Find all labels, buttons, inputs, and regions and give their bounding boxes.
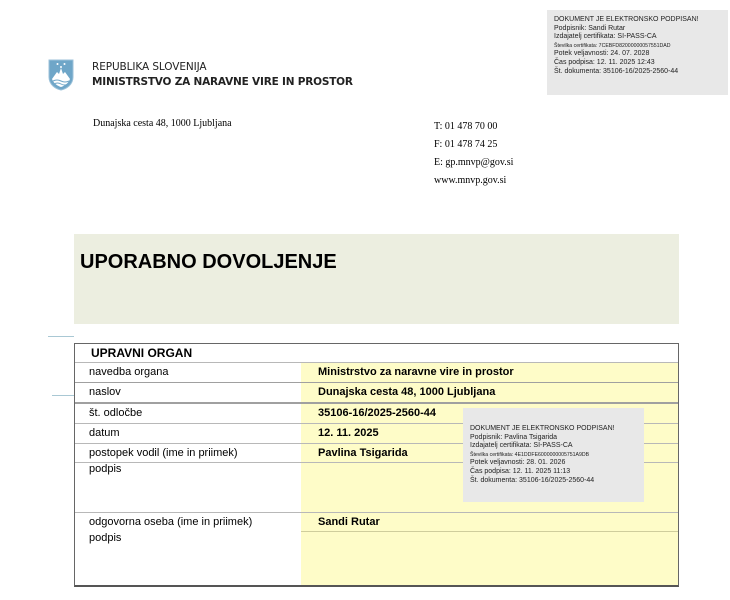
ministry-name: MINISTRSTVO ZA NARAVNE VIRE IN PROSTOR <box>92 76 353 88</box>
fax: F: 01 478 74 25 <box>434 136 513 154</box>
row-value: 12. 11. 2025 <box>318 427 379 439</box>
row-label: navedba organa <box>89 366 169 378</box>
contact-block: T: 01 478 70 00 F: 01 478 74 25 E: gp.mn… <box>434 118 513 190</box>
table-heading: UPRAVNI ORGAN <box>91 346 192 360</box>
row-label: št. odločbe <box>89 407 142 419</box>
sig-line: Izdajatelj certifikata: SI-PASS-CA <box>554 33 728 42</box>
sig-line: Čas podpisa: 12. 11. 2025 12:43 <box>554 59 728 68</box>
sig-line: Podpisnik: Pavlina Tsigarida <box>470 434 644 443</box>
row-value: Sandi Rutar <box>318 516 380 528</box>
table-row: naslov Dunajska cesta 48, 1000 Ljubljana <box>75 383 678 401</box>
title-box: UPORABNO DOVOLJENJE <box>74 234 679 324</box>
row-value: Dunajska cesta 48, 1000 Ljubljana <box>318 386 495 398</box>
coat-of-arms-icon <box>48 59 74 91</box>
row-label: podpis <box>89 463 121 475</box>
document-title: UPORABNO DOVOLJENJE <box>80 251 337 274</box>
sig-line: Številka certifikata: 4E1DDFE60000000057… <box>470 451 644 460</box>
decorative-line <box>52 395 74 396</box>
decorative-line <box>48 336 74 337</box>
ministry-address: Dunajska cesta 48, 1000 Ljubljana <box>93 118 232 129</box>
sig-line: Št. dokumenta: 35106-16/2025-2560-44 <box>554 68 728 77</box>
signature-stamp-top: DOKUMENT JE ELEKTRONSKO PODPISAN! Podpis… <box>547 10 728 95</box>
website: www.mnvp.gov.si <box>434 172 513 190</box>
sig-line: Št. dokumenta: 35106-16/2025-2560-44 <box>470 477 644 486</box>
row-label: postopek vodil (ime in priimek) <box>89 447 238 459</box>
republic-name: REPUBLIKA SLOVENIJA <box>92 61 207 73</box>
sig-line: Izdajatelj certifikata: SI-PASS-CA <box>470 442 644 451</box>
sig-line: Potek veljavnosti: 24. 07. 2028 <box>554 50 728 59</box>
row-label: odgovorna oseba (ime in priimek) <box>89 516 252 528</box>
sig-line: DOKUMENT JE ELEKTRONSKO PODPISAN! <box>470 425 644 434</box>
table-row: navedba organa Ministrstvo za naravne vi… <box>75 363 678 381</box>
phone: T: 01 478 70 00 <box>434 118 513 136</box>
row-value: 35106-16/2025-2560-44 <box>318 407 436 419</box>
sig-line: DOKUMENT JE ELEKTRONSKO PODPISAN! <box>554 16 728 25</box>
row-label: naslov <box>89 386 121 398</box>
row-label: datum <box>89 427 120 439</box>
row-value: Ministrstvo za naravne vire in prostor <box>318 366 514 378</box>
sig-line: Številka certifikata: 7CEBFD820000000575… <box>554 42 728 51</box>
email: E: gp.mnvp@gov.si <box>434 154 513 172</box>
signature-stamp-mid: DOKUMENT JE ELEKTRONSKO PODPISAN! Podpis… <box>463 408 644 502</box>
table-row: podpis <box>75 529 678 579</box>
sig-line: Potek veljavnosti: 28. 01. 2026 <box>470 459 644 468</box>
sig-line: Čas podpisa: 12. 11. 2025 11:13 <box>470 468 644 477</box>
row-value: Pavlina Tsigarida <box>318 447 408 459</box>
row-label: podpis <box>89 532 121 544</box>
sig-line: Podpisnik: Sandi Rutar <box>554 25 728 34</box>
